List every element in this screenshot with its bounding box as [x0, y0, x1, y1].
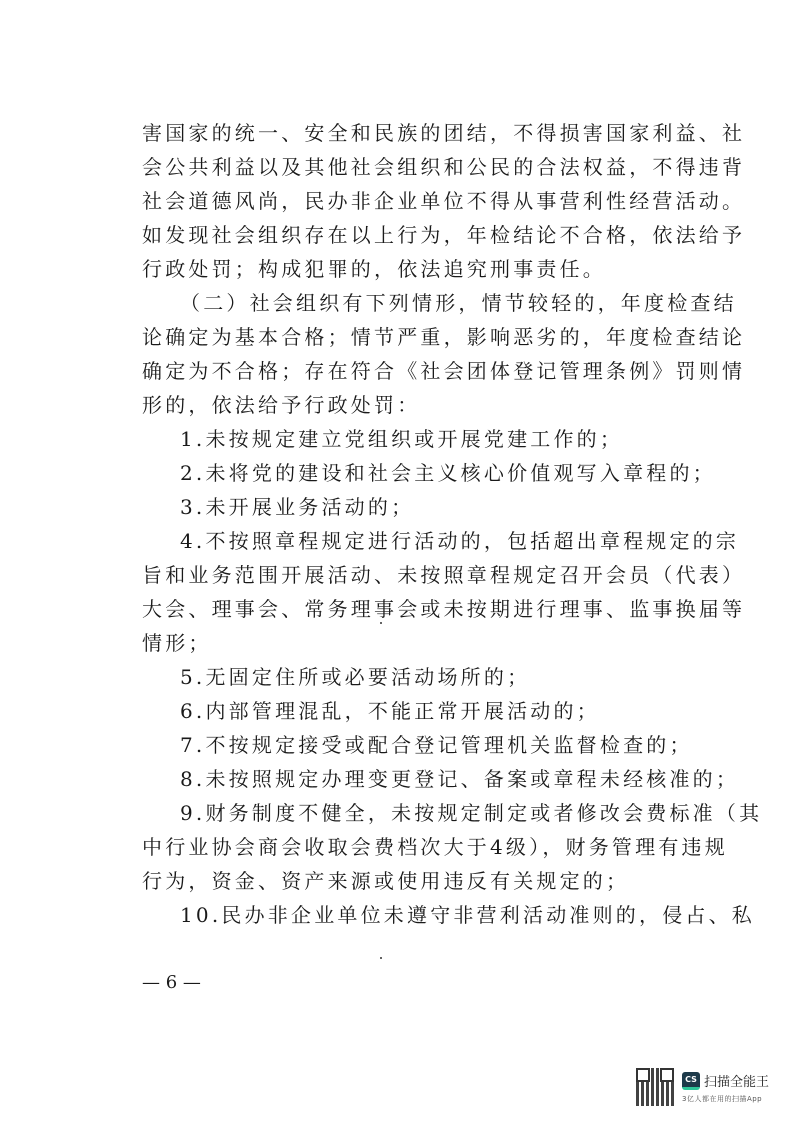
- list-item: 4.不按照章程规定进行活动的，包括超出章程规定的宗: [180, 524, 739, 558]
- list-item: 1.未按规定建立党组织或开展党建工作的；: [180, 422, 623, 456]
- text-line: 确定为不合格；存在符合《社会团体登记管理条例》罚则情: [142, 354, 745, 388]
- camscanner-logo-icon: CS: [682, 1072, 700, 1090]
- scanner-watermark: CS 扫描全能王 3亿人都在用的扫描App: [636, 1068, 786, 1114]
- text-line: 如发现社会组织存在以上行为，年检结论不合格，依法给予: [142, 218, 745, 252]
- text-line: 行为，资金、资产来源或使用违反有关规定的；: [142, 864, 629, 898]
- scan-speck: [380, 957, 382, 959]
- app-name: 扫描全能王: [704, 1071, 769, 1090]
- text-line: 形的，依法给予行政处罚：: [142, 388, 420, 422]
- text-line: 害国家的统一、安全和民族的团结，不得损害国家利益、社: [142, 116, 745, 150]
- text-line: 会公共利益以及其他社会组织和公民的合法权益，不得违背: [142, 150, 745, 184]
- text-line: 社会道德风尚，民办非企业单位不得从事营利性经营活动。: [142, 184, 745, 218]
- list-item: 3.未开展业务活动的；: [180, 490, 414, 524]
- text-line: 旨和业务范围开展活动、未按照章程规定召开会员（代表）: [142, 558, 745, 592]
- list-item: 9.财务制度不健全，未按规定制定或者修改会费标准（其: [180, 796, 762, 830]
- qr-code-icon: [636, 1068, 674, 1106]
- text-line: 大会、理事会、常务理事会或未按期进行理事、监事换届等: [142, 592, 745, 626]
- scan-speck: [380, 622, 382, 624]
- text-line: （二）社会组织有下列情形，情节较轻的，年度检查结: [180, 286, 737, 320]
- page-number: — 6 —: [142, 972, 201, 993]
- list-item: 7.不按规定接受或配合登记管理机关监督检查的；: [180, 728, 693, 762]
- list-item: 10.民办非企业单位未遵守非营利活动准则的，侵占、私: [180, 898, 755, 932]
- text-line: 行政处罚；构成犯罪的，依法追究刑事责任。: [142, 252, 606, 286]
- list-item: 2.未将党的建设和社会主义核心价值观写入章程的；: [180, 456, 716, 490]
- text-line: 论确定为基本合格；情节严重，影响恶劣的，年度检查结论: [142, 320, 745, 354]
- text-line: 中行业协会商会收取会费档次大于4级），财务管理有违规: [142, 830, 728, 864]
- app-tagline: 3亿人都在用的扫描App: [682, 1094, 762, 1104]
- list-item: 5.无固定住所或必要活动场所的；: [180, 660, 530, 694]
- list-item: 6.内部管理混乱，不能正常开展活动的；: [180, 694, 600, 728]
- text-line: 情形；: [142, 626, 212, 660]
- list-item: 8.未按照规定办理变更登记、备案或章程未经核准的；: [180, 762, 739, 796]
